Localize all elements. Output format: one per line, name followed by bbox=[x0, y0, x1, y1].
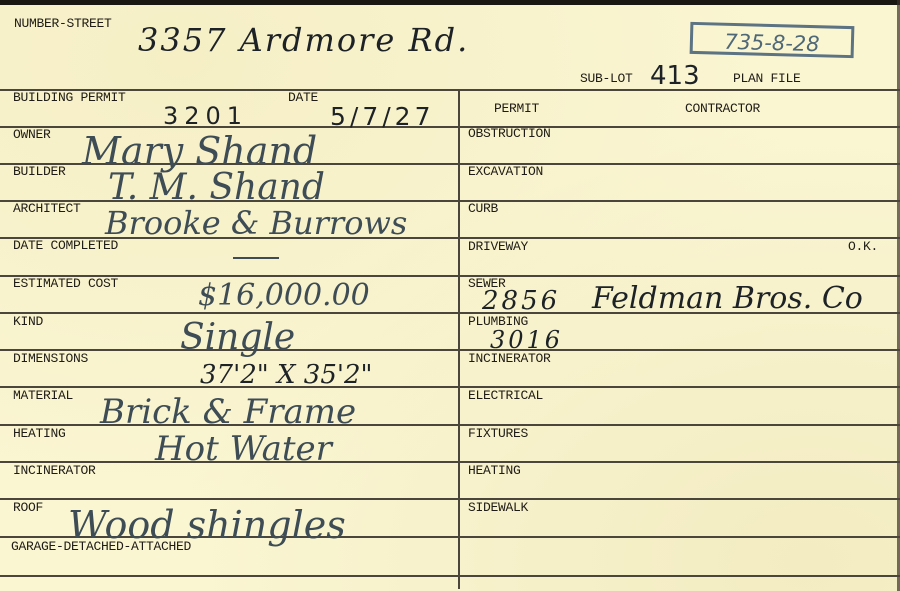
rule-line bbox=[0, 386, 900, 388]
rule-line bbox=[0, 275, 900, 277]
date-completed-dash bbox=[233, 257, 279, 259]
builder-value: T. M. Shand bbox=[108, 170, 325, 206]
date-value: 5/7/27 bbox=[330, 104, 434, 129]
permit-column-header: PERMIT bbox=[494, 102, 539, 116]
builder-label: BUILDER bbox=[13, 165, 66, 179]
curb-label: CURB bbox=[468, 202, 498, 216]
plumbing-permit-value: 3016 bbox=[490, 328, 563, 352]
plan-file-label: PLAN FILE bbox=[733, 72, 801, 86]
driveway-label: DRIVEWAY bbox=[468, 240, 528, 254]
incinerator-label: INCINERATOR bbox=[13, 464, 96, 478]
owner-label: OWNER bbox=[13, 128, 51, 142]
material-label: MATERIAL bbox=[13, 389, 73, 403]
heating-value: Hot Water bbox=[155, 432, 332, 466]
date-completed-label: DATE COMPLETED bbox=[13, 239, 118, 253]
obstruction-label: OBSTRUCTION bbox=[468, 127, 551, 141]
excavation-label: EXCAVATION bbox=[468, 165, 543, 179]
rule-line bbox=[0, 461, 900, 463]
rule-line bbox=[0, 498, 900, 500]
roof-label: ROOF bbox=[13, 501, 43, 515]
architect-label: ARCHITECT bbox=[13, 202, 81, 216]
incinerator-permit-label: INCINERATOR bbox=[468, 352, 551, 366]
rule-line bbox=[0, 575, 900, 577]
driveway-note: O.K. bbox=[848, 240, 878, 254]
sub-lot-value: 413 bbox=[650, 63, 700, 89]
heating-label: HEATING bbox=[13, 427, 66, 441]
dimensions-value: 37'2" X 35'2" bbox=[200, 362, 373, 388]
estimated-cost-label: ESTIMATED COST bbox=[13, 277, 118, 291]
sidewalk-label: SIDEWALK bbox=[468, 501, 528, 515]
fixtures-label: FIXTURES bbox=[468, 427, 528, 441]
owner-value: Mary Shand bbox=[82, 132, 317, 170]
rule-line bbox=[0, 349, 900, 351]
kind-label: KIND bbox=[13, 315, 43, 329]
contractor-column-header: CONTRACTOR bbox=[685, 102, 760, 116]
heating-permit-label: HEATING bbox=[468, 464, 521, 478]
number-street-label: NUMBER-STREET bbox=[14, 17, 112, 31]
rule-line bbox=[0, 89, 900, 91]
building-permit-value: 3201 bbox=[163, 104, 248, 128]
building-permit-label: BUILDING PERMIT bbox=[13, 91, 126, 105]
card-top-edge bbox=[0, 0, 900, 5]
sub-lot-label: SUB-LOT bbox=[580, 72, 633, 86]
permit-card: NUMBER-STREET 3357 Ardmore Rd. 735-8-28 … bbox=[0, 0, 900, 591]
architect-value: Brooke & Burrows bbox=[105, 207, 407, 239]
date-label: DATE bbox=[288, 91, 318, 105]
sewer-permit-value: 2856 bbox=[482, 288, 560, 314]
estimated-cost-value: $16,000.00 bbox=[198, 281, 370, 311]
dimensions-label: DIMENSIONS bbox=[13, 352, 88, 366]
kind-value: Single bbox=[180, 320, 295, 356]
material-value: Brick & Frame bbox=[100, 395, 356, 429]
file-stamp: 735-8-28 bbox=[690, 22, 855, 58]
sewer-contractor-value: Feldman Bros. Co bbox=[592, 284, 863, 314]
number-street-value: 3357 Ardmore Rd. bbox=[138, 24, 469, 56]
column-divider bbox=[458, 89, 460, 589]
garage-label: GARAGE-DETACHED-ATTACHED bbox=[11, 540, 191, 554]
electrical-label: ELECTRICAL bbox=[468, 389, 543, 403]
rule-line bbox=[0, 126, 900, 128]
